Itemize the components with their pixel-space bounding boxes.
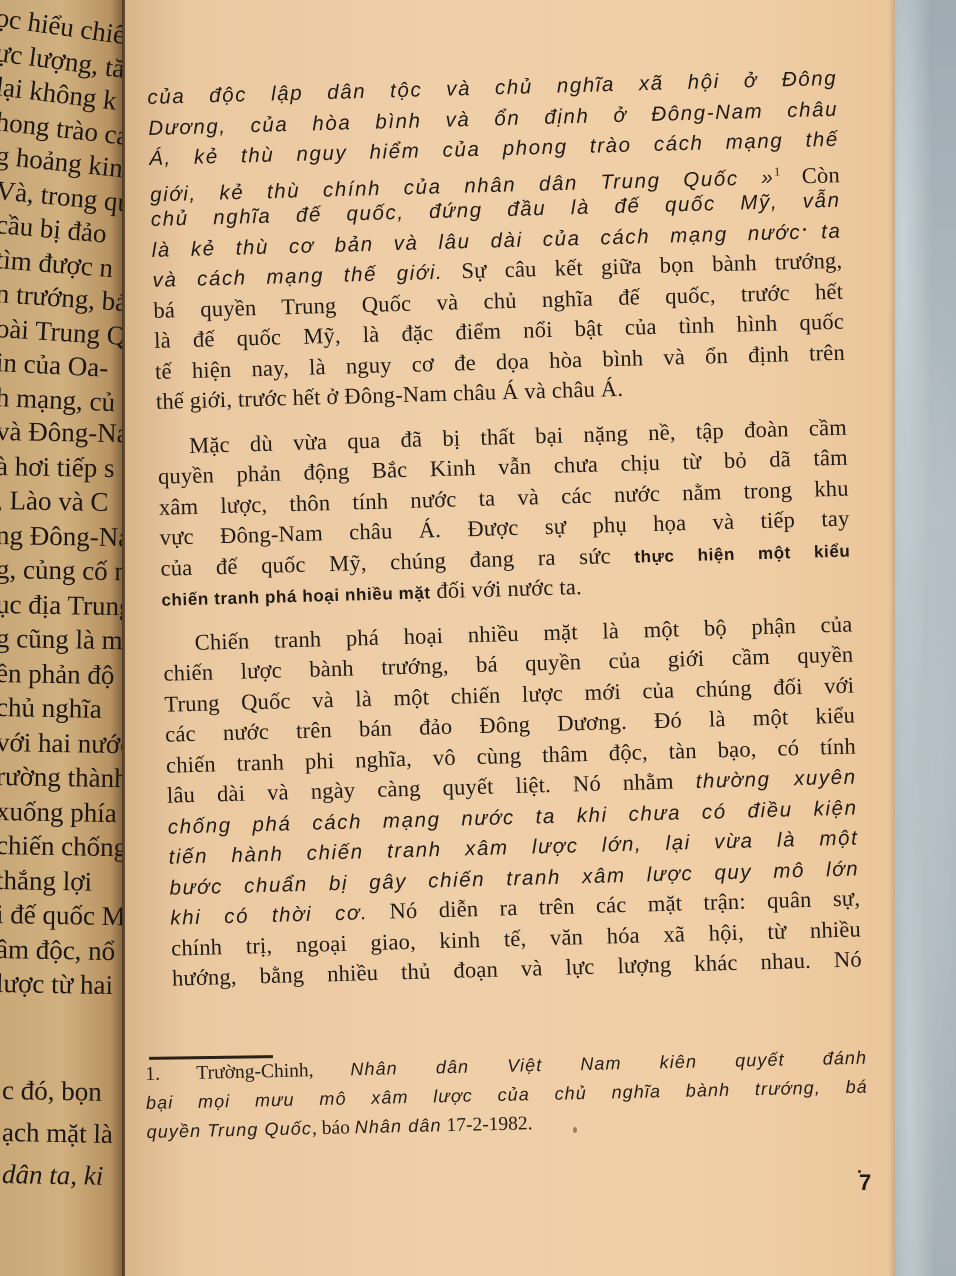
- left-page-fragment: ền phản độ: [0, 658, 115, 691]
- page-number: 7: [859, 1170, 871, 1196]
- text-segment: và cách mạng thế giới.: [152, 261, 443, 292]
- left-page-fragment: ạch mặt là: [2, 1117, 113, 1150]
- left-page-fragment: xuống phía: [0, 796, 117, 829]
- paragraph-3: Chiến tranh phá hoại nhiều mặt là một bộ…: [162, 609, 862, 994]
- text-segment: 17-2-1982.: [441, 1113, 532, 1136]
- left-page-fragment: g cũng là m: [0, 623, 123, 656]
- left-page-fragment: thắng lợi: [0, 865, 92, 898]
- paper-speck: [803, 228, 806, 231]
- main-text: của độc lập dân tộc và chủ nghĩa xã hội …: [147, 63, 862, 994]
- left-page-fragment: rường thành: [0, 761, 125, 794]
- text-segment: thực hiện một kiểu: [634, 541, 851, 566]
- left-page-fragment: ục địa Trung: [0, 589, 125, 622]
- left-page-fragment: oài Trung Q: [0, 313, 125, 352]
- paper-speck: [858, 1170, 861, 1173]
- left-page-fragment: à hơi tiếp s: [0, 451, 115, 484]
- text-segment: Nhân dân: [354, 1115, 441, 1137]
- left-page-fragment: ng Đông-Nam: [0, 520, 125, 554]
- left-page-fragment: và Đông-Na: [0, 416, 125, 449]
- left-page-fragment: h mạng, củ: [0, 382, 116, 418]
- left-page-fragment: n trướng, bá: [0, 278, 125, 318]
- text-segment: thường xuyên: [695, 765, 857, 792]
- left-page-fragment: âm độc, nổ: [0, 934, 115, 967]
- text-segment: khi có thời cơ.: [170, 901, 368, 930]
- text-segment: 1. Trường-Chinh,: [145, 1059, 351, 1085]
- left-page-fragment: dân ta, ki: [2, 1159, 104, 1192]
- left-page-fragment: g, củng cố n: [0, 554, 125, 587]
- left-page-fragment: in của Oa-: [0, 347, 109, 384]
- left-page-fragment: lược từ hai: [0, 968, 113, 1001]
- footnote: 1. Trường-Chinh, Nhân dân Việt Nam kiên …: [145, 1044, 869, 1147]
- left-page-fragment: c đó, bọn: [2, 1075, 102, 1108]
- left-page-fragment: chiến chống: [0, 830, 125, 863]
- text-segment: đối với nước ta.: [430, 574, 582, 603]
- paragraph-2: Mặc dù vừa qua đã bị thất bại nặng nề, t…: [157, 412, 852, 614]
- text-segment: quyền Trung Quốc: [146, 1118, 312, 1142]
- text-segment: chiến tranh phá hoại nhiều mặt: [161, 583, 431, 610]
- text-segment: , báo: [312, 1117, 355, 1139]
- left-page-fragment: i đế quốc M: [0, 899, 125, 932]
- left-page-fragment: với hai nước: [0, 727, 125, 760]
- left-page: ọc hiểu chiếnực lượng, tănglại không kho…: [0, 0, 125, 1276]
- left-page-fragment: chủ nghĩa: [0, 692, 102, 725]
- paper-speck: [573, 1127, 577, 1133]
- paragraph-1: của độc lập dân tộc và chủ nghĩa xã hội …: [147, 63, 846, 418]
- right-page: của độc lập dân tộc và chủ nghĩa xã hội …: [125, 0, 895, 1276]
- left-page-fragment: tìm được n: [0, 244, 114, 284]
- left-page-fragment: , Lào và C: [0, 485, 109, 518]
